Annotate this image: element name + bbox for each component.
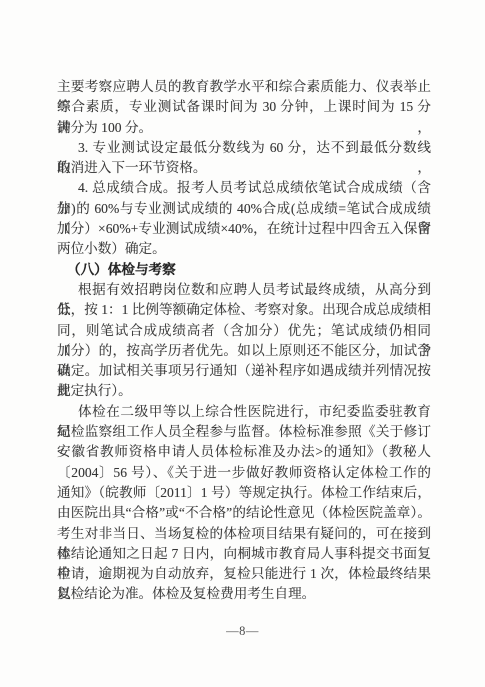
text-line: 体检在二级甲等以上综合性医院进行，市纪委监委驻教育局 <box>57 402 431 422</box>
text-line: 3. 专业测试设定最低分数线为 60 分，达不到最低分数线的， <box>57 138 431 158</box>
text-line: 复检结论为准。体检及复检费用考生自理。 <box>57 584 431 604</box>
text-line: 分，按 1：1 比例等额确定体检、考察对象。出现合成总成绩相 <box>57 300 431 320</box>
text-line: 申请，逾期视为自动放弃，复检只能进行 1 次，体检最终结果以 <box>57 564 431 584</box>
text-line: 规定执行）。 <box>57 381 431 401</box>
document-page: 主要考察应聘人员的教育教学水平和综合素质能力、仪表举止等综合素质，专业测试备课时… <box>0 0 485 687</box>
text-line: 两位小数）确定。 <box>57 239 431 259</box>
text-line: 〔2004〕56 号）、《关于进一步做好教师资格认定体检工作的 <box>57 463 431 483</box>
text-line: 分)的 60%与专业测试成绩的 40%合成(总成绩=笔试合成成绩（含 <box>57 199 431 219</box>
text-line: 检结论通知之日起 7 日内，向桐城市教育局人事科提交书面复检 <box>57 544 431 564</box>
document-text: 主要考察应聘人员的教育教学水平和综合素质能力、仪表举止等综合素质，专业测试备课时… <box>57 77 431 605</box>
text-line: 确定。加试相关事项另行通知（递补程序如遇成绩并列情况按此 <box>57 361 431 381</box>
text-line: 综合素质，专业测试备课时间为 30 分钟，上课时间为 15 分钟， <box>57 97 431 117</box>
text-line: 通知》（皖教师〔2011〕1 号）等规定执行。体检工作结束后， <box>57 483 431 503</box>
text-line: 同，则笔试合成成绩高者（含加分）优先；笔试成绩仍相同（含 <box>57 321 431 341</box>
text-line: 主要考察应聘人员的教育教学水平和综合素质能力、仪表举止等 <box>57 77 431 97</box>
text-line: 考生对非当日、当场复检的体检项目结果有疑问的，可在接到体 <box>57 524 431 544</box>
text-line: 4. 总成绩合成。报考人员考试总成绩依笔试合成成绩（含加 <box>57 178 431 198</box>
page-number: —8— <box>0 624 485 639</box>
section-heading: （八）体检与考察 <box>57 260 431 280</box>
text-line: 由医院出具“合格”或“不合格”的结论性意见（体检医院盖章）。 <box>57 503 431 523</box>
text-line: 加分）的，按高学历者优先。如以上原则还不能区分，加试予以 <box>57 341 431 361</box>
text-line: 加分）×60%+专业测试成绩×40%，在统计过程中四舍五入保留 <box>57 219 431 239</box>
text-line: 安徽省教师资格申请人员体检标准及办法>的通知》（教秘人 <box>57 442 431 462</box>
text-line: 纪检监察组工作人员全程参与监督。体检标准参照《关于修订< <box>57 422 431 442</box>
text-line: 根据有效招聘岗位数和应聘人员考试最终成绩，从高分到低 <box>57 280 431 300</box>
